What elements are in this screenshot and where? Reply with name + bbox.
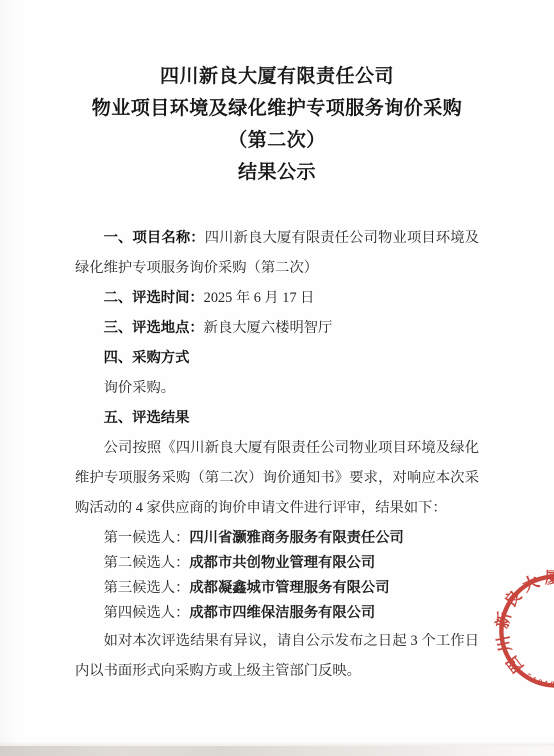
- item-selection-time-label: 二、评选时间：: [104, 290, 204, 306]
- item-project-name-label: 一、项目名称：: [104, 230, 205, 246]
- document-body: 一、项目名称：四川新良大厦有限责任公司物业项目环境及绿化维护专项服务询价采购（第…: [75, 223, 479, 686]
- candidate-2-name: 成都市共创物业管理有限公司: [189, 555, 375, 571]
- svg-text:51010: 51010: [523, 671, 554, 692]
- title-line-company: 四川新良大厦有限责任公司: [0, 61, 554, 93]
- title-line-result: 结果公示: [0, 157, 554, 189]
- section5-heading: 五、评选结果: [75, 403, 479, 433]
- item-selection-time: 二、评选时间：2025 年 6 月 17 日: [75, 283, 479, 313]
- company-seal: 四川新良大厦有限责任公司 51010: [478, 553, 554, 709]
- candidate-2-label: 第二候选人：: [104, 555, 190, 571]
- candidate-row-2: 第二候选人：成都市共创物业管理有限公司: [75, 551, 479, 576]
- item-selection-time-value: 2025 年 6 月 17 日: [204, 290, 315, 306]
- candidate-row-1: 第一候选人：四川省灏雅商务服务有限责任公司: [75, 526, 479, 551]
- seal-ring-text: 四川新良大厦有限责任公司: [480, 553, 554, 701]
- candidate-3-name: 成都凝鑫城市管理服务有限公司: [189, 580, 389, 596]
- title-line-project: 物业项目环境及绿化维护专项服务询价采购: [0, 93, 554, 125]
- seal-digits: 51010: [523, 671, 554, 692]
- candidate-3-label: 第三候选人：: [104, 580, 190, 596]
- candidate-row-3: 第三候选人：成都凝鑫城市管理服务有限公司: [75, 576, 479, 601]
- item-selection-place-label: 三、评选地点：: [104, 320, 204, 336]
- document-page: 四川新良大厦有限责任公司 物业项目环境及绿化维护专项服务询价采购 （第二次） 结…: [0, 0, 554, 756]
- candidate-list: 第一候选人：四川省灏雅商务服务有限责任公司 第二候选人：成都市共创物业管理有限公…: [75, 526, 479, 626]
- closing-paragraph: 如对本次评选结果有异议，请自公示发布之日起 3 个工作日内以书面形式向采购方或上…: [75, 626, 479, 686]
- item-selection-place-value: 新良大厦六楼明智厅: [204, 320, 333, 336]
- company-seal-graphic: 四川新良大厦有限责任公司 51010: [478, 553, 554, 709]
- candidate-row-4: 第四候选人：成都市四维保洁服务有限公司: [75, 601, 479, 626]
- document-title: 四川新良大厦有限责任公司 物业项目环境及绿化维护专项服务询价采购 （第二次） 结…: [0, 61, 554, 189]
- title-line-round: （第二次）: [0, 125, 554, 157]
- candidate-4-name: 成都市四维保洁服务有限公司: [189, 605, 375, 621]
- section4-heading: 四、采购方式: [75, 343, 479, 373]
- candidate-4-label: 第四候选人：: [104, 605, 190, 621]
- item-selection-place: 三、评选地点：新良大厦六楼明智厅: [75, 313, 479, 343]
- candidate-1-name: 四川省灏雅商务服务有限责任公司: [189, 530, 403, 546]
- scan-artifact-band: [0, 746, 554, 756]
- section5-body: 公司按照《四川新良大厦有限责任公司物业项目环境及绿化维护专项服务采购（第二次）询…: [75, 433, 479, 523]
- svg-text:四川新良大厦有限责任公司: 四川新良大厦有限责任公司: [480, 553, 554, 701]
- section4-body: 询价采购。: [75, 373, 479, 403]
- item-project-name: 一、项目名称：四川新良大厦有限责任公司物业项目环境及绿化维护专项服务询价采购（第…: [75, 223, 479, 283]
- candidate-1-label: 第一候选人：: [104, 530, 190, 546]
- seal-ring: [488, 563, 554, 698]
